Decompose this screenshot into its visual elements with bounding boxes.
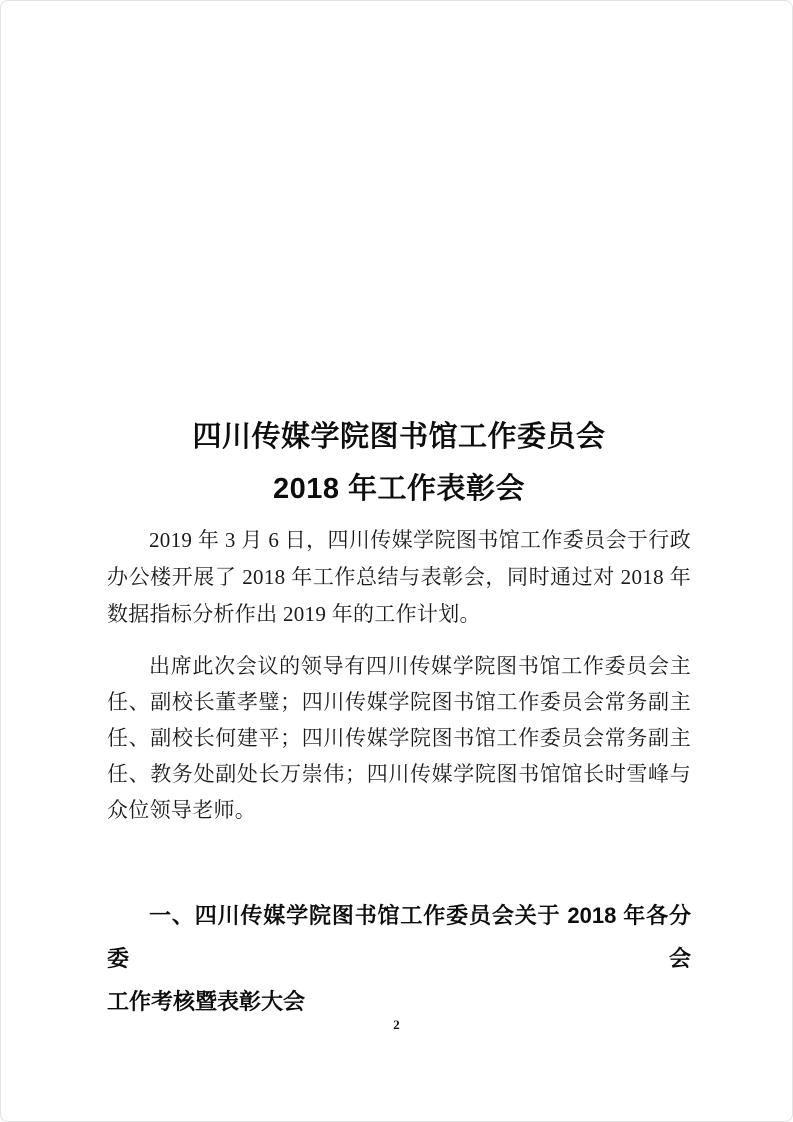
doc-title-line-2: 2018 年工作表彰会 (106, 463, 692, 515)
paragraph-line: 任、副校长董孝璧；四川传媒学院图书馆工作委员会常务副主 (107, 684, 691, 720)
paragraph-line: 任、副校长何建平；四川传媒学院图书馆工作委员会常务副主 (107, 720, 691, 756)
paragraph-line: 数据指标分析作出 2019 年的工作计划。 (107, 596, 691, 633)
doc-title: 四川传媒学院图书馆工作委员会 2018 年工作表彰会 (106, 411, 692, 515)
paragraph-line: 任、教务处副处长万崇伟；四川传媒学院图书馆馆长时雪峰与 (107, 756, 691, 792)
page-number: 2 (1, 1017, 792, 1033)
document-page: 四川传媒学院图书馆工作委员会 2018 年工作表彰会 2019 年 3 月 6 … (0, 0, 793, 1122)
paragraph-attendees: 出席此次会议的领导有四川传媒学院图书馆工作委员会主 任、副校长董孝璧；四川传媒学… (107, 648, 691, 828)
section-heading: 一、四川传媒学院图书馆工作委员会关于 2018 年各分委会 工作考核暨表彰大会 (107, 894, 691, 1023)
paragraph-summary: 2019 年 3 月 6 日，四川传媒学院图书馆工作委员会于行政 办公楼开展了 … (107, 522, 691, 633)
paragraph-line: 众位领导老师。 (107, 792, 691, 828)
section-heading-line-1: 一、四川传媒学院图书馆工作委员会关于 2018 年各分委会 (107, 894, 691, 980)
paragraph-line: 出席此次会议的领导有四川传媒学院图书馆工作委员会主 (107, 648, 691, 684)
paragraph-line: 办公楼开展了 2018 年工作总结与表彰会，同时通过对 2018 年 (107, 559, 691, 596)
paragraph-line: 2019 年 3 月 6 日，四川传媒学院图书馆工作委员会于行政 (107, 522, 691, 559)
doc-title-line-1: 四川传媒学院图书馆工作委员会 (106, 411, 692, 463)
